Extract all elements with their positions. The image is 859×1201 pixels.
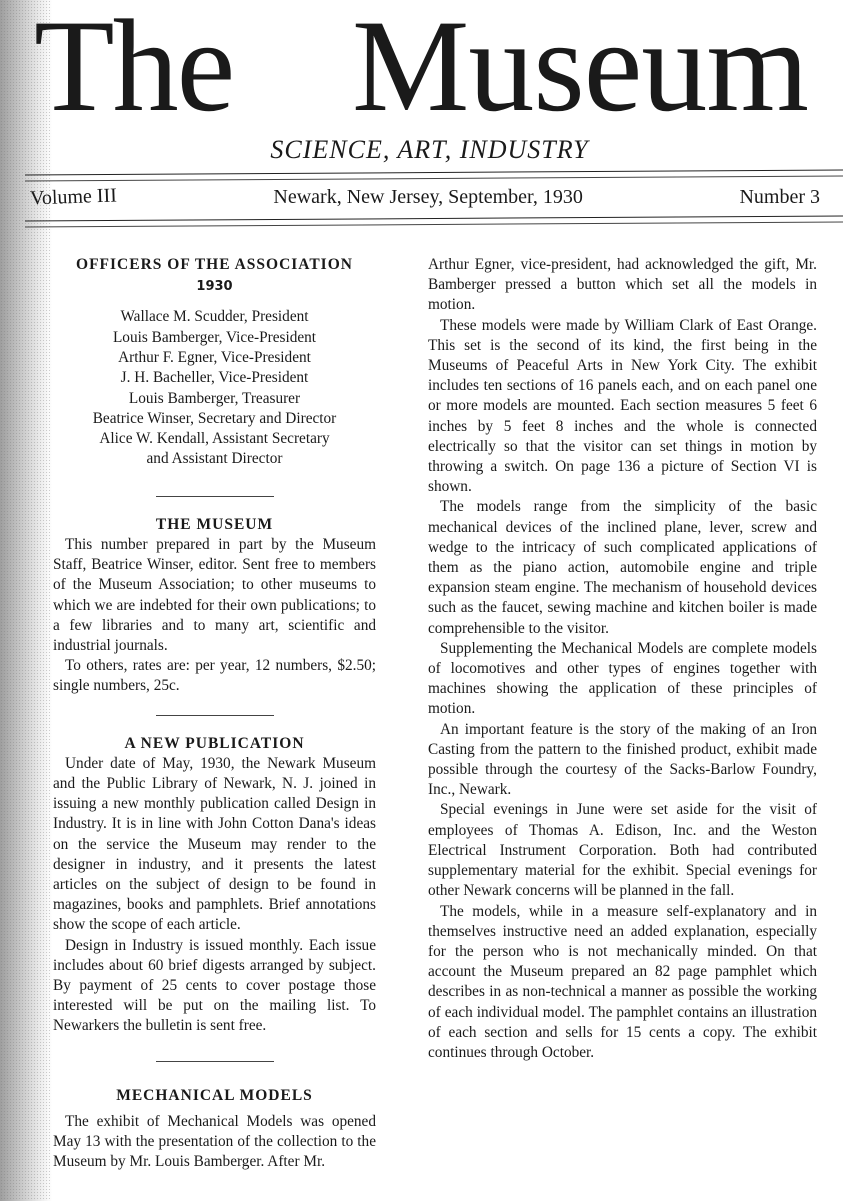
place-date: Newark, New Jersey, September, 1930 <box>273 186 582 209</box>
officer-item: Wallace M. Scudder, President <box>53 307 376 327</box>
new-publication-section: A NEW PUBLICATION Under date of May, 193… <box>53 734 376 1037</box>
dateline-rule-bottom <box>25 216 843 228</box>
officers-section: OFFICERS OF THE ASSOCIATION 1930 Wallace… <box>53 255 376 470</box>
officers-list: Wallace M. Scudder, President Louis Bamb… <box>53 307 376 469</box>
masthead-title-museum: Museum <box>352 0 808 132</box>
paragraph: This number prepared in part by the Muse… <box>53 535 376 656</box>
paragraph: To others, rates are: per year, 12 numbe… <box>53 656 376 696</box>
tagline: SCIENCE, ART, INDUSTRY <box>0 135 859 165</box>
volume-label: Volume III <box>30 184 118 210</box>
right-column: Arthur Egner, vice-president, had acknow… <box>428 255 817 1063</box>
paragraph: The exhibit of Mechanical Models was ope… <box>53 1112 376 1173</box>
paragraph: Supplementing the Mechanical Models are … <box>428 639 817 720</box>
paragraph: Special evenings in June were set aside … <box>428 800 817 901</box>
officers-heading: OFFICERS OF THE ASSOCIATION <box>53 255 376 275</box>
officer-item: Arthur F. Egner, Vice-President <box>53 348 376 368</box>
the-museum-section: THE MUSEUM This number prepared in part … <box>53 515 376 697</box>
mechanical-models-section: MECHANICAL MODELS The exhibit of Mechani… <box>53 1086 376 1173</box>
paragraph: These models were made by William Clark … <box>428 316 817 498</box>
mechanical-models-heading: MECHANICAL MODELS <box>53 1086 376 1106</box>
officer-item: J. H. Bacheller, Vice-President <box>53 368 376 388</box>
officer-item: and Assistant Director <box>53 449 376 469</box>
paragraph: An important feature is the story of the… <box>428 720 817 801</box>
officer-item: Beatrice Winser, Secretary and Director <box>53 409 376 429</box>
the-museum-heading: THE MUSEUM <box>53 515 376 535</box>
officer-item: Louis Bamberger, Vice-President <box>53 328 376 348</box>
dateline: Volume III Newark, New Jersey, September… <box>30 186 820 214</box>
dateline-rule-top <box>25 170 843 182</box>
issue-number: Number 3 <box>739 186 820 209</box>
new-publication-heading: A NEW PUBLICATION <box>53 734 376 754</box>
paragraph: The models, while in a measure self-expl… <box>428 902 817 1064</box>
paragraph: The models range from the simplicity of … <box>428 497 817 638</box>
paragraph-continuation: Arthur Egner, vice-president, had acknow… <box>428 255 817 316</box>
officer-item: Louis Bamberger, Treasurer <box>53 389 376 409</box>
paragraph: Design in Industry is issued monthly. Ea… <box>53 936 376 1037</box>
officers-year: 1930 <box>53 277 376 297</box>
masthead: The Museum <box>22 12 842 140</box>
paragraph: Under date of May, 1930, the Newark Muse… <box>53 754 376 936</box>
left-column: OFFICERS OF THE ASSOCIATION 1930 Wallace… <box>53 255 376 1172</box>
officer-item: Alice W. Kendall, Assistant Secretary <box>53 429 376 449</box>
masthead-title-the: The <box>34 0 233 132</box>
